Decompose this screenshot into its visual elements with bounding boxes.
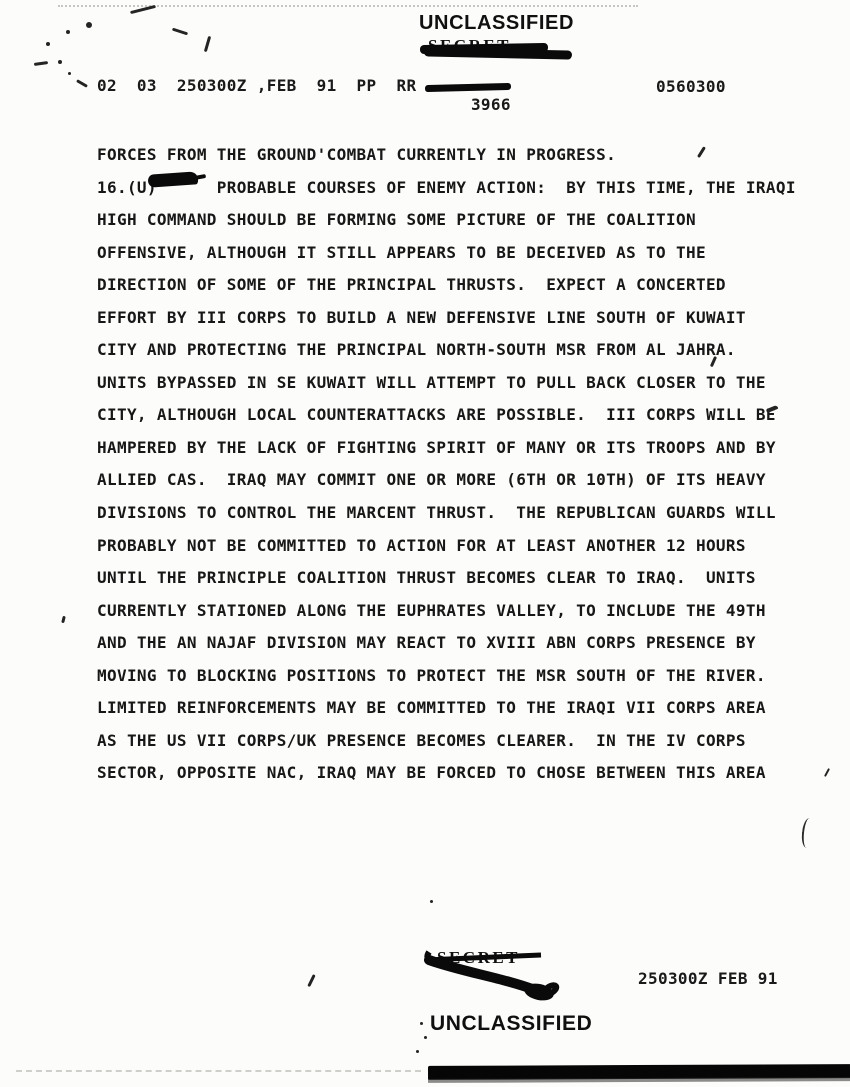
message-serial-number: 0560300 — [656, 77, 726, 96]
body-line: HIGH COMMAND SHOULD BE FORMING SOME PICT… — [97, 204, 796, 237]
footer-datetime-group: 250300Z FEB 91 — [638, 969, 778, 988]
body-line: EFFORT BY III CORPS TO BUILD A NEW DEFEN… — [97, 302, 796, 335]
stray-mark — [46, 42, 50, 46]
scan-dashes-bottom — [16, 1070, 421, 1072]
redaction-scribble — [424, 47, 572, 59]
body-line: CURRENTLY STATIONED ALONG THE EUPHRATES … — [97, 595, 796, 628]
body-line: DIVISIONS TO CONTROL THE MARCENT THRUST.… — [97, 497, 796, 530]
body-line: FORCES FROM THE GROUND'COMBAT CURRENTLY … — [97, 139, 796, 172]
stray-mark — [172, 28, 188, 36]
body-line: UNITS BYPASSED IN SE KUWAIT WILL ATTEMPT… — [97, 367, 796, 400]
body-line: AS THE US VII CORPS/UK PRESENCE BECOMES … — [97, 725, 796, 758]
stray-mark — [34, 61, 48, 66]
stray-mark — [430, 900, 433, 903]
top-classification-stamp: UNCLASSIFIED — [419, 12, 574, 35]
strikethrough-mark — [425, 83, 511, 92]
message-header-line: 02 03 250300Z ,FEB 91 PP RR — [97, 76, 416, 95]
stray-mark — [420, 1022, 423, 1025]
stray-mark — [58, 60, 62, 64]
top-redacted-secret-stamp: SECRET — [424, 36, 560, 58]
stray-mark — [800, 817, 815, 848]
scan-black-bar — [428, 1064, 850, 1080]
body-line: PROBABLY NOT BE COMMITTED TO ACTION FOR … — [97, 530, 796, 563]
body-line: DIRECTION OF SOME OF THE PRINCIPAL THRUS… — [97, 269, 796, 302]
struck-routing-code-text: 3966 — [471, 95, 511, 114]
body-line: UNTIL THE PRINCIPLE COALITION THRUST BEC… — [97, 562, 796, 595]
stray-mark — [824, 768, 830, 777]
footer-redacted-secret-stamp: SECRET — [423, 946, 583, 1010]
stray-mark — [424, 1036, 427, 1039]
footer-classification-stamp: UNCLASSIFIED — [430, 1012, 592, 1036]
stray-mark — [416, 1050, 419, 1053]
stray-mark — [76, 79, 88, 88]
body-line: AND THE AN NAJAF DIVISION MAY REACT TO X… — [97, 627, 796, 660]
redaction-swoosh — [423, 946, 583, 1010]
stray-mark — [66, 30, 70, 34]
stray-mark — [61, 616, 66, 624]
stray-mark — [307, 974, 315, 987]
body-line: LIMITED REINFORCEMENTS MAY BE COMMITTED … — [97, 692, 796, 725]
scanned-document-page: UNCLASSIFIED SECRET 02 03 250300Z ,FEB 9… — [0, 0, 850, 1087]
body-line: ALLIED CAS. IRAQ MAY COMMIT ONE OR MORE … — [97, 464, 796, 497]
stray-mark — [204, 36, 211, 52]
body-line: MOVING TO BLOCKING POSITIONS TO PROTECT … — [97, 660, 796, 693]
body-line: OFFENSIVE, ALTHOUGH IT STILL APPEARS TO … — [97, 237, 796, 270]
body-line: CITY AND PROTECTING THE PRINCIPAL NORTH-… — [97, 334, 796, 367]
document-body: FORCES FROM THE GROUND'COMBAT CURRENTLY … — [97, 139, 796, 790]
stray-mark — [68, 72, 71, 75]
body-line: CITY, ALTHOUGH LOCAL COUNTERATTACKS ARE … — [97, 399, 796, 432]
stray-mark — [86, 22, 92, 28]
body-line: SECTOR, OPPOSITE NAC, IRAQ MAY BE FORCED… — [97, 757, 796, 790]
body-line: HAMPERED BY THE LACK OF FIGHTING SPIRIT … — [97, 432, 796, 465]
